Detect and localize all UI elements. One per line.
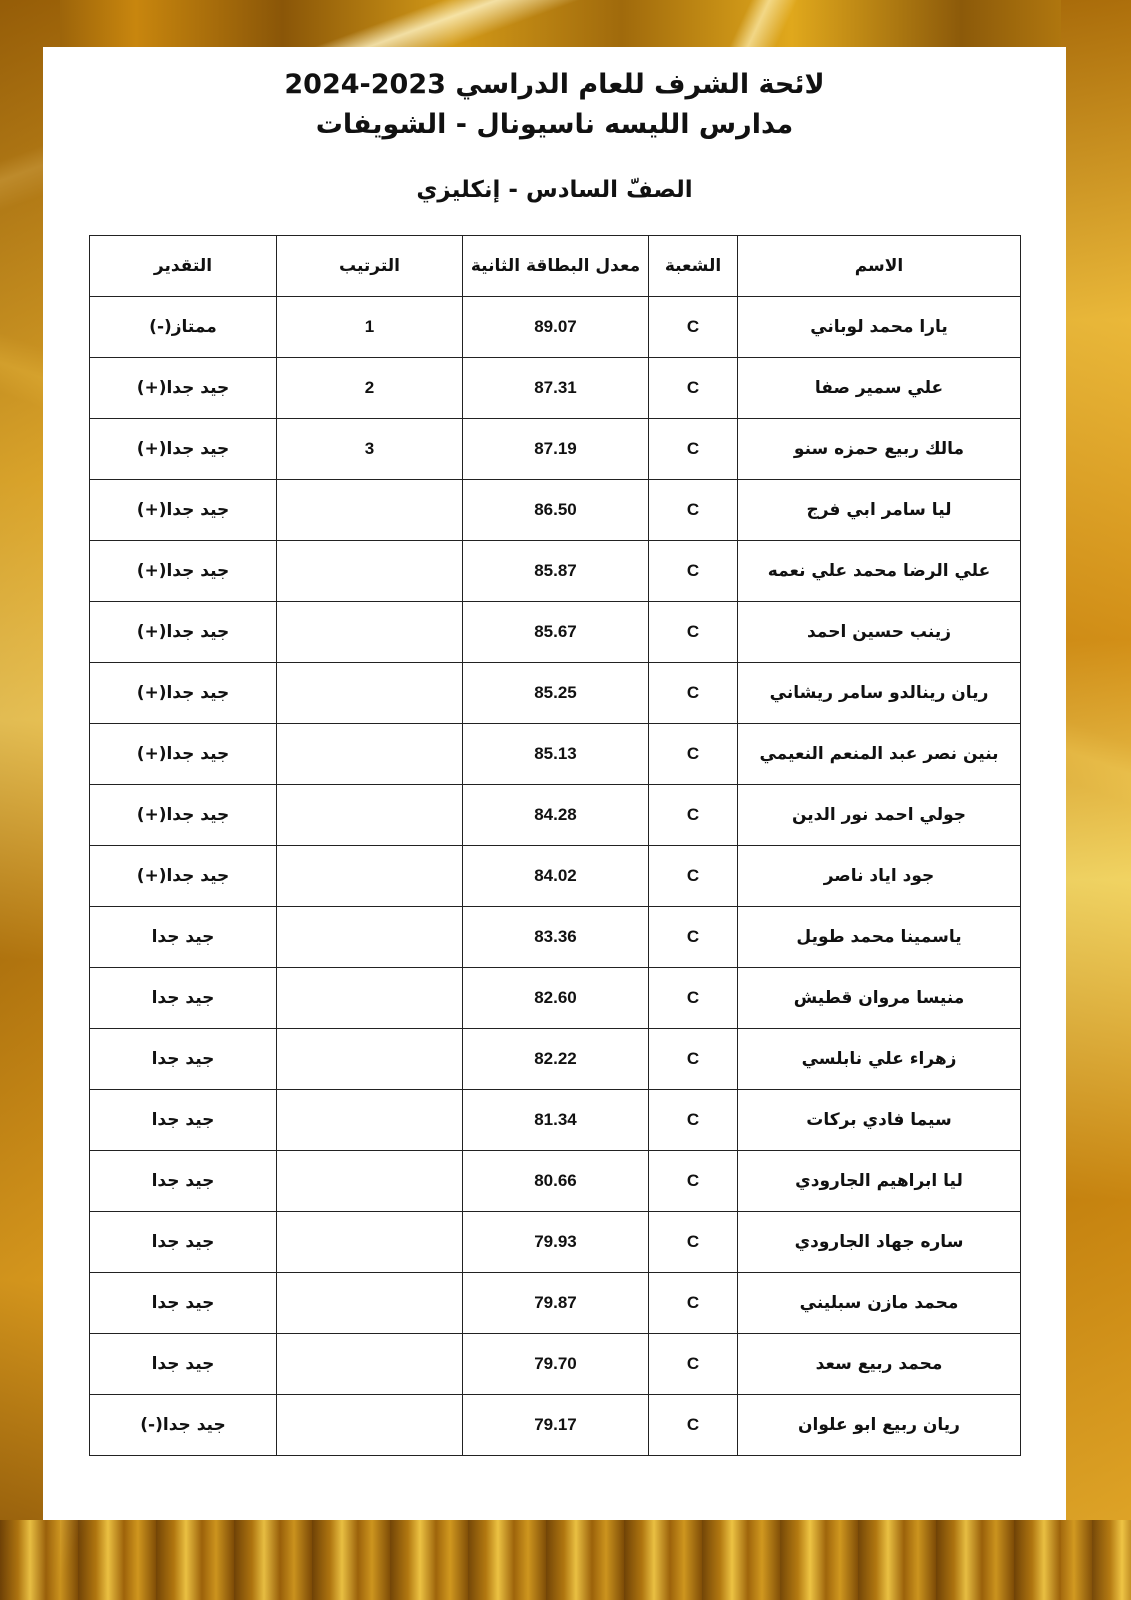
section-value: C (687, 866, 699, 885)
cell-name: مالك ربيع حمزه سنو (738, 419, 1021, 480)
cell-grade: جيد جدا(+) (90, 724, 277, 785)
cell-section: C (649, 1273, 738, 1334)
cell-grade: جيد جدا(+) (90, 419, 277, 480)
class-subtitle: الصفّ السادس - إنكليزي (43, 177, 1066, 203)
table-row: بنين نصر عبد المنعم النعيميC85.13جيد جدا… (90, 724, 1021, 785)
cell-name: يارا محمد لوباني (738, 297, 1021, 358)
cell-name: علي سمير صفا (738, 358, 1021, 419)
cell-name: ليا ابراهيم الجارودي (738, 1151, 1021, 1212)
cell-name: ريان رينالدو سامر ريشاني (738, 663, 1021, 724)
average-value: 79.70 (534, 1354, 577, 1373)
cell-average: 80.66 (463, 1151, 649, 1212)
cell-name: محمد ربيع سعد (738, 1334, 1021, 1395)
cell-grade: جيد جدا(+) (90, 541, 277, 602)
section-value: C (687, 622, 699, 641)
column-header-grade: التقدير (90, 236, 277, 297)
cell-rank (277, 602, 463, 663)
average-value: 79.17 (534, 1415, 577, 1434)
table-row: سيما فادي بركاتC81.34جيد جدا (90, 1090, 1021, 1151)
cell-rank: 3 (277, 419, 463, 480)
cell-average: 79.93 (463, 1212, 649, 1273)
table-row: مالك ربيع حمزه سنوC87.193جيد جدا(+) (90, 419, 1021, 480)
section-value: C (687, 439, 699, 458)
cell-section: C (649, 1090, 738, 1151)
page-title: لائحة الشرف للعام الدراسي 2023-2024 (43, 65, 1066, 105)
background-gold-bottom (0, 1520, 1131, 1600)
cell-section: C (649, 358, 738, 419)
section-value: C (687, 1415, 699, 1434)
cell-average: 87.31 (463, 358, 649, 419)
cell-grade: جيد جدا (90, 907, 277, 968)
cell-average: 85.87 (463, 541, 649, 602)
cell-rank (277, 1090, 463, 1151)
section-value: C (687, 744, 699, 763)
table-row: ريان ربيع ابو علوانC79.17جيد جدا(-) (90, 1395, 1021, 1456)
cell-name: جولي احمد نور الدين (738, 785, 1021, 846)
cell-rank (277, 1151, 463, 1212)
cell-average: 82.60 (463, 968, 649, 1029)
cell-grade: جيد جدا(+) (90, 846, 277, 907)
cell-name: ريان ربيع ابو علوان (738, 1395, 1021, 1456)
table-row: ليا سامر ابي فرجC86.50جيد جدا(+) (90, 480, 1021, 541)
cell-section: C (649, 724, 738, 785)
cell-rank (277, 663, 463, 724)
cell-rank (277, 480, 463, 541)
average-value: 89.07 (534, 317, 577, 336)
cell-rank (277, 1395, 463, 1456)
section-value: C (687, 988, 699, 1007)
average-value: 86.50 (534, 500, 577, 519)
column-header-name: الاسم (738, 236, 1021, 297)
cell-section: C (649, 846, 738, 907)
cell-name: جود اياد ناصر (738, 846, 1021, 907)
table-row: علي الرضا محمد علي نعمهC85.87جيد جدا(+) (90, 541, 1021, 602)
cell-grade: ممتاز(-) (90, 297, 277, 358)
cell-grade: جيد جدا(+) (90, 663, 277, 724)
cell-section: C (649, 1395, 738, 1456)
cell-grade: جيد جدا (90, 1334, 277, 1395)
cell-section: C (649, 907, 738, 968)
cell-rank (277, 1273, 463, 1334)
average-value: 79.93 (534, 1232, 577, 1251)
cell-section: C (649, 297, 738, 358)
rank-value: 2 (365, 378, 374, 397)
table-row: جولي احمد نور الدينC84.28جيد جدا(+) (90, 785, 1021, 846)
average-value: 84.28 (534, 805, 577, 824)
table-row: زهراء علي نابلسيC82.22جيد جدا (90, 1029, 1021, 1090)
average-value: 82.22 (534, 1049, 577, 1068)
average-value: 87.19 (534, 439, 577, 458)
average-value: 87.31 (534, 378, 577, 397)
section-value: C (687, 1293, 699, 1312)
cell-average: 86.50 (463, 480, 649, 541)
cell-grade: جيد جدا (90, 1151, 277, 1212)
cell-average: 85.25 (463, 663, 649, 724)
cell-section: C (649, 968, 738, 1029)
background-gold-right (1061, 0, 1131, 1600)
average-value: 80.66 (534, 1171, 577, 1190)
table-row: ريان رينالدو سامر ريشانيC85.25جيد جدا(+) (90, 663, 1021, 724)
cell-grade: جيد جدا(+) (90, 785, 277, 846)
cell-average: 79.87 (463, 1273, 649, 1334)
cell-name: زهراء علي نابلسي (738, 1029, 1021, 1090)
cell-average: 85.13 (463, 724, 649, 785)
cell-rank (277, 907, 463, 968)
average-value: 83.36 (534, 927, 577, 946)
cell-section: C (649, 602, 738, 663)
cell-rank (277, 846, 463, 907)
cell-average: 89.07 (463, 297, 649, 358)
cell-average: 81.34 (463, 1090, 649, 1151)
cell-section: C (649, 1151, 738, 1212)
cell-section: C (649, 541, 738, 602)
section-value: C (687, 317, 699, 336)
cell-name: علي الرضا محمد علي نعمه (738, 541, 1021, 602)
cell-section: C (649, 1334, 738, 1395)
cell-rank: 1 (277, 297, 463, 358)
rank-value: 1 (365, 317, 374, 336)
column-header-average: معدل البطاقة الثانية (463, 236, 649, 297)
cell-name: ليا سامر ابي فرج (738, 480, 1021, 541)
section-value: C (687, 1354, 699, 1373)
average-value: 85.67 (534, 622, 577, 641)
cell-grade: جيد جدا (90, 1273, 277, 1334)
section-value: C (687, 683, 699, 702)
section-value: C (687, 1232, 699, 1251)
table-row: ليا ابراهيم الجاروديC80.66جيد جدا (90, 1151, 1021, 1212)
cell-section: C (649, 663, 738, 724)
cell-rank (277, 1334, 463, 1395)
rank-value: 3 (365, 439, 374, 458)
cell-rank (277, 785, 463, 846)
column-header-section: الشعبة (649, 236, 738, 297)
table-row: زينب حسين احمدC85.67جيد جدا(+) (90, 602, 1021, 663)
cell-grade: جيد جدا (90, 1212, 277, 1273)
cell-rank (277, 1212, 463, 1273)
cell-name: ياسمينا محمد طويل (738, 907, 1021, 968)
cell-grade: جيد جدا (90, 1029, 277, 1090)
cell-name: محمد مازن سبليني (738, 1273, 1021, 1334)
average-value: 85.25 (534, 683, 577, 702)
section-value: C (687, 378, 699, 397)
table-row: ياسمينا محمد طويلC83.36جيد جدا (90, 907, 1021, 968)
cell-average: 84.02 (463, 846, 649, 907)
average-value: 82.60 (534, 988, 577, 1007)
table-row: علي سمير صفاC87.312جيد جدا(+) (90, 358, 1021, 419)
cell-average: 85.67 (463, 602, 649, 663)
cell-rank: 2 (277, 358, 463, 419)
table-row: جود اياد ناصرC84.02جيد جدا(+) (90, 846, 1021, 907)
average-value: 84.02 (534, 866, 577, 885)
section-value: C (687, 927, 699, 946)
cell-rank (277, 724, 463, 785)
honor-roll-card: لائحة الشرف للعام الدراسي 2023-2024 مدار… (43, 47, 1066, 1520)
cell-average: 79.70 (463, 1334, 649, 1395)
cell-rank (277, 1029, 463, 1090)
table-row: يارا محمد لوبانيC89.071ممتاز(-) (90, 297, 1021, 358)
cell-average: 82.22 (463, 1029, 649, 1090)
cell-grade: جيد جدا(+) (90, 358, 277, 419)
cell-average: 87.19 (463, 419, 649, 480)
section-value: C (687, 1171, 699, 1190)
section-value: C (687, 1110, 699, 1129)
cell-section: C (649, 480, 738, 541)
cell-grade: جيد جدا(+) (90, 480, 277, 541)
table-row: ساره جهاد الجاروديC79.93جيد جدا (90, 1212, 1021, 1273)
school-name: مدارس الليسه ناسيونال - الشويفات (43, 105, 1066, 145)
column-header-rank: الترتيب (277, 236, 463, 297)
section-value: C (687, 1049, 699, 1068)
average-value: 85.87 (534, 561, 577, 580)
cell-average: 83.36 (463, 907, 649, 968)
average-value: 79.87 (534, 1293, 577, 1312)
average-value: 85.13 (534, 744, 577, 763)
cell-section: C (649, 785, 738, 846)
cell-grade: جيد جدا(-) (90, 1395, 277, 1456)
cell-average: 84.28 (463, 785, 649, 846)
cell-section: C (649, 419, 738, 480)
cell-name: زينب حسين احمد (738, 602, 1021, 663)
cell-average: 79.17 (463, 1395, 649, 1456)
average-value: 81.34 (534, 1110, 577, 1129)
cell-name: ساره جهاد الجارودي (738, 1212, 1021, 1273)
table-row: منيسا مروان قطيشC82.60جيد جدا (90, 968, 1021, 1029)
cell-name: منيسا مروان قطيش (738, 968, 1021, 1029)
cell-name: سيما فادي بركات (738, 1090, 1021, 1151)
table-row: محمد ربيع سعدC79.70جيد جدا (90, 1334, 1021, 1395)
cell-section: C (649, 1029, 738, 1090)
cell-section: C (649, 1212, 738, 1273)
section-value: C (687, 500, 699, 519)
cell-grade: جيد جدا (90, 968, 277, 1029)
section-value: C (687, 561, 699, 580)
cell-grade: جيد جدا (90, 1090, 277, 1151)
title-block: لائحة الشرف للعام الدراسي 2023-2024 مدار… (43, 65, 1066, 145)
cell-rank (277, 541, 463, 602)
cell-name: بنين نصر عبد المنعم النعيمي (738, 724, 1021, 785)
cell-rank (277, 968, 463, 1029)
table-header-row: الاسم الشعبة معدل البطاقة الثانية الترتي… (90, 236, 1021, 297)
table-row: محمد مازن سبلينيC79.87جيد جدا (90, 1273, 1021, 1334)
honor-roll-table: الاسم الشعبة معدل البطاقة الثانية الترتي… (89, 235, 1021, 1456)
section-value: C (687, 805, 699, 824)
cell-grade: جيد جدا(+) (90, 602, 277, 663)
